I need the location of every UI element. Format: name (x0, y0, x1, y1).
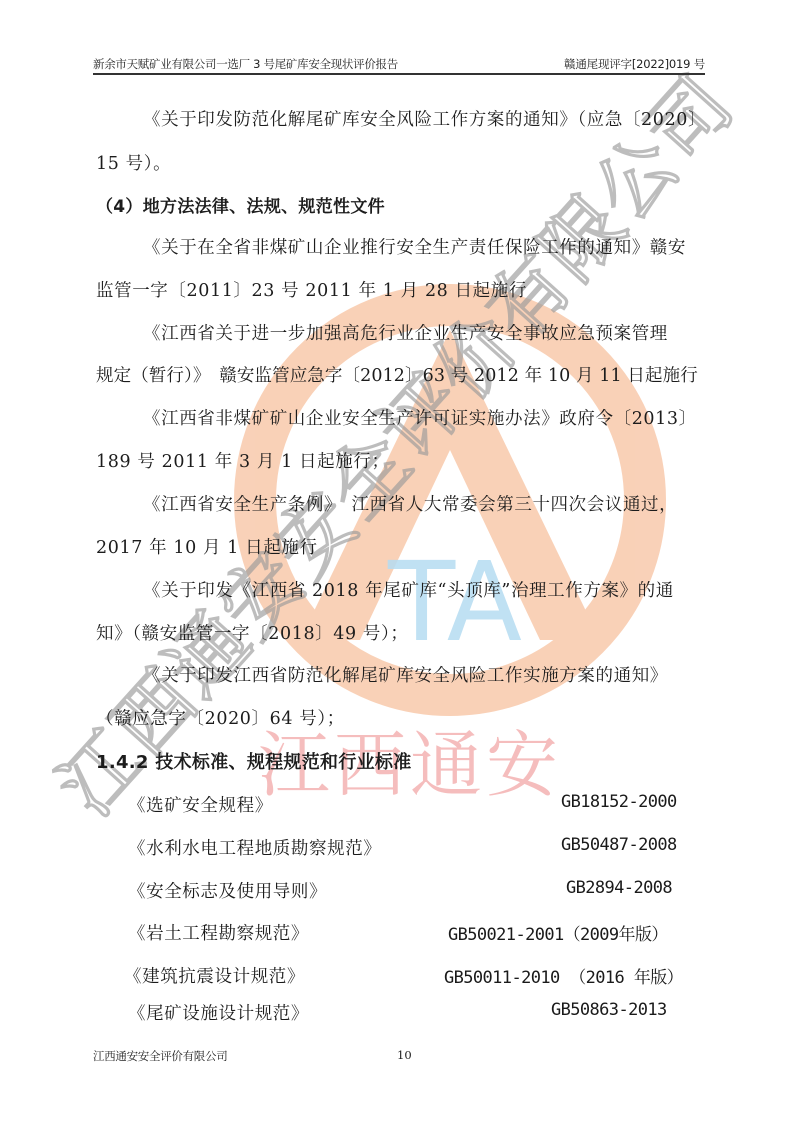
standard-code: GB50863-2013 (551, 1000, 667, 1020)
paragraph-line: 《江西省非煤矿矿山企业安全生产许可证实施办法》政府令〔2013〕 (143, 405, 697, 430)
standard-name: 《建筑抗震设计规范》 (124, 963, 305, 988)
standard-row: 《选矿安全规程》 GB18152-2000 (0, 792, 800, 816)
paragraph-line: 15 号）。 (96, 150, 171, 175)
standard-name: 《岩土工程勘察规范》 (128, 920, 309, 945)
paragraph-line: 知》（赣安监管一字〔2018〕49 号）； (96, 620, 408, 645)
standard-code: GB50011-2010 （2016 年版） (444, 963, 683, 988)
standard-code: GB50021-2001（2009年版） (448, 920, 668, 945)
subsection-heading: （4）地方法法律、法规、规范性文件 (96, 192, 385, 217)
section-heading: 1.4.2 技术标准、规程规范和行业标准 (96, 748, 412, 774)
paragraph-line: 规定（暂行）》 赣安监管应急字〔2012〕63 号 2012 年 10 月 11… (96, 362, 698, 387)
footer-company: 江西通安安全评价有限公司 (93, 1048, 227, 1064)
page-number: 10 (397, 1048, 412, 1062)
paragraph-line: 《关于在全省非煤矿山企业推行安全生产责任保险工作的通知》赣安 (143, 234, 686, 259)
logo-ta-letters-icon: TA (387, 538, 522, 666)
standard-name: 《尾矿设施设计规范》 (128, 1000, 309, 1025)
document-number: 赣通尾现评字[2022]019 号 (564, 56, 705, 72)
paragraph-line: 《关于印发防范化解尾矿库安全风险工作方案的通知》（应急〔2020〕 (143, 106, 706, 131)
page-header: 新余市天赋矿业有限公司一选厂 3 号尾矿库安全现状评价报告 赣通尾现评字[202… (93, 55, 705, 73)
standard-row: 《岩土工程勘察规范》 GB50021-2001（2009年版） (0, 920, 800, 944)
paragraph-line: 《江西省关于进一步加强高危行业企业生产安全事故应急预案管理 (143, 320, 668, 345)
standard-code: GB2894-2008 (566, 878, 672, 898)
standard-row: 《安全标志及使用导则》 GB2894-2008 (0, 878, 800, 902)
standard-row: 《尾矿设施设计规范》 GB50863-2013 (0, 1000, 800, 1024)
standard-name: 《选矿安全规程》 (128, 792, 273, 817)
standard-row: 《建筑抗震设计规范》 GB50011-2010 （2016 年版） (0, 963, 800, 987)
paragraph-line: 《关于印发江西省防范化解尾矿库安全风险工作实施方案的通知》 (143, 662, 668, 687)
svg-text:TA: TA (387, 538, 522, 666)
standard-name: 《安全标志及使用导则》 (128, 878, 327, 903)
report-title: 新余市天赋矿业有限公司一选厂 3 号尾矿库安全现状评价报告 (93, 56, 398, 72)
paragraph-line: 2017 年 10 月 1 日起施行 (96, 534, 318, 559)
standard-code: GB50487-2008 (561, 835, 677, 855)
paragraph-line: 《江西省安全生产条例》 江西省人大常委会第三十四次会议通过， (143, 491, 677, 516)
paragraph-line: 《关于印发《江西省 2018 年尾矿库“头顶库”治理工作方案》的通 (143, 577, 674, 602)
standard-code: GB18152-2000 (561, 792, 677, 812)
paragraph-line: 189 号 2011 年 3 月 1 日起施行； (96, 448, 390, 473)
standard-row: 《水利水电工程地质勘察规范》 GB50487-2008 (0, 835, 800, 859)
standard-name: 《水利水电工程地质勘察规范》 (128, 835, 381, 860)
paragraph-line: （赣应急字〔2020〕64 号）； (96, 705, 345, 730)
header-divider (93, 73, 705, 75)
page-footer: 江西通安安全评价有限公司 10 (93, 1048, 705, 1066)
paragraph-line: 监管一字〔2011〕23 号 2011 年 1 月 28 日起施行 (96, 277, 527, 302)
